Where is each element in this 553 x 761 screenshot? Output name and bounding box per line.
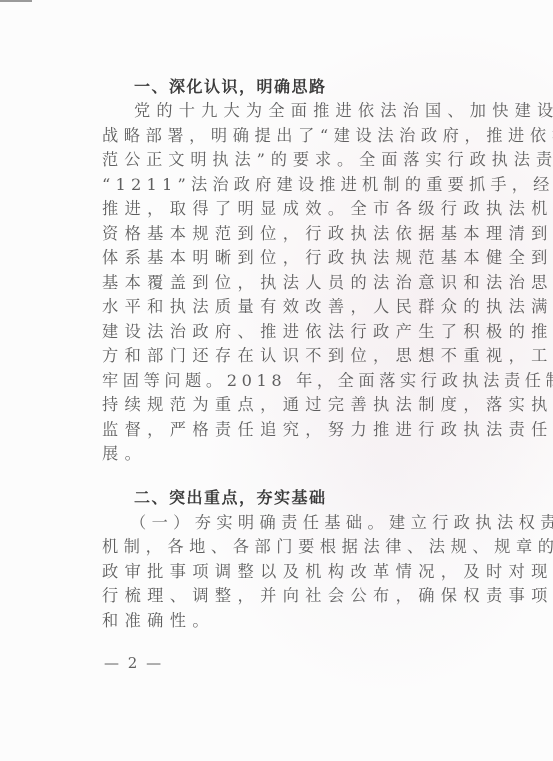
paragraph-line: 党的十九大为全面推进依法治国、加快建设法治政府作出了	[134, 100, 512, 122]
section-heading-2: 二、突出重点，夯实基础	[134, 487, 512, 509]
paragraph-line: 战略部署，明确提出了“建设法治政府，推进依法行政，严格规	[102, 125, 512, 147]
paragraph-line: 政审批事项调整以及机构改革情况，及时对现有行政执法权责进	[102, 561, 512, 583]
paragraph-line: 建设法治政府、推进依法行政产生了积极的推动作用。但一些地	[102, 321, 512, 343]
paragraph-line: “1211”法治政府建设推进机制的重要抓手，经过近几年的强力	[102, 174, 512, 196]
paragraph-line: 方和部门还存在认识不到位，思想不重视，工作不深入，基础不	[102, 345, 512, 367]
paragraph-line: 持续规范为重点，通过完善执法制度，落实执法规范，强化执法	[102, 394, 512, 416]
paragraph-line: 基本覆盖到位，执法人员的法治意识和法治思维逐步增强，执法	[102, 272, 512, 294]
scan-edge-mark	[0, 0, 32, 2]
paragraph-line: 资格基本规范到位，行政执法依据基本理清到位，行政执法岗责	[102, 223, 512, 245]
paragraph-line: 监督，严格责任追究，努力推进行政执法责任制工作取得新进	[102, 419, 512, 441]
paragraph-line: （一）夯实明确责任基础。建立行政执法权责清单动态调整	[130, 512, 540, 534]
paragraph-line: 水平和执法质量有效改善，人民群众的执法满意度不断提升，对	[102, 296, 512, 318]
paragraph-line: 范公正文明执法”的要求。全面落实行政执法责任制作为我省	[102, 149, 512, 171]
paragraph-line: 牢固等问题。2018 年，全面落实行政执法责任制将以夯实基础、	[102, 370, 512, 392]
paragraph-line: 和准确性。	[102, 610, 512, 632]
paragraph-line: 展。	[102, 443, 512, 465]
section-heading-1: 一、深化认识，明确思路	[134, 76, 512, 98]
paragraph-line: 推进，取得了明显成效。全市各级行政执法机关的行政执法主体	[102, 198, 512, 220]
page-number: — 2 —	[104, 654, 163, 672]
paragraph-line: 体系基本明晰到位，行政执法规范基本健全到位，行政执法监督	[102, 247, 512, 269]
paragraph-line: 行梳理、调整，并向社会公布，确保权责事项的实用性、时效性	[102, 585, 512, 607]
paragraph-line: 机制，各地、各部门要根据法律、法规、规章的立改废情况，行	[102, 536, 512, 558]
document-page: 一、深化认识，明确思路 党的十九大为全面推进依法治国、加快建设法治政府作出了 战…	[0, 0, 553, 761]
